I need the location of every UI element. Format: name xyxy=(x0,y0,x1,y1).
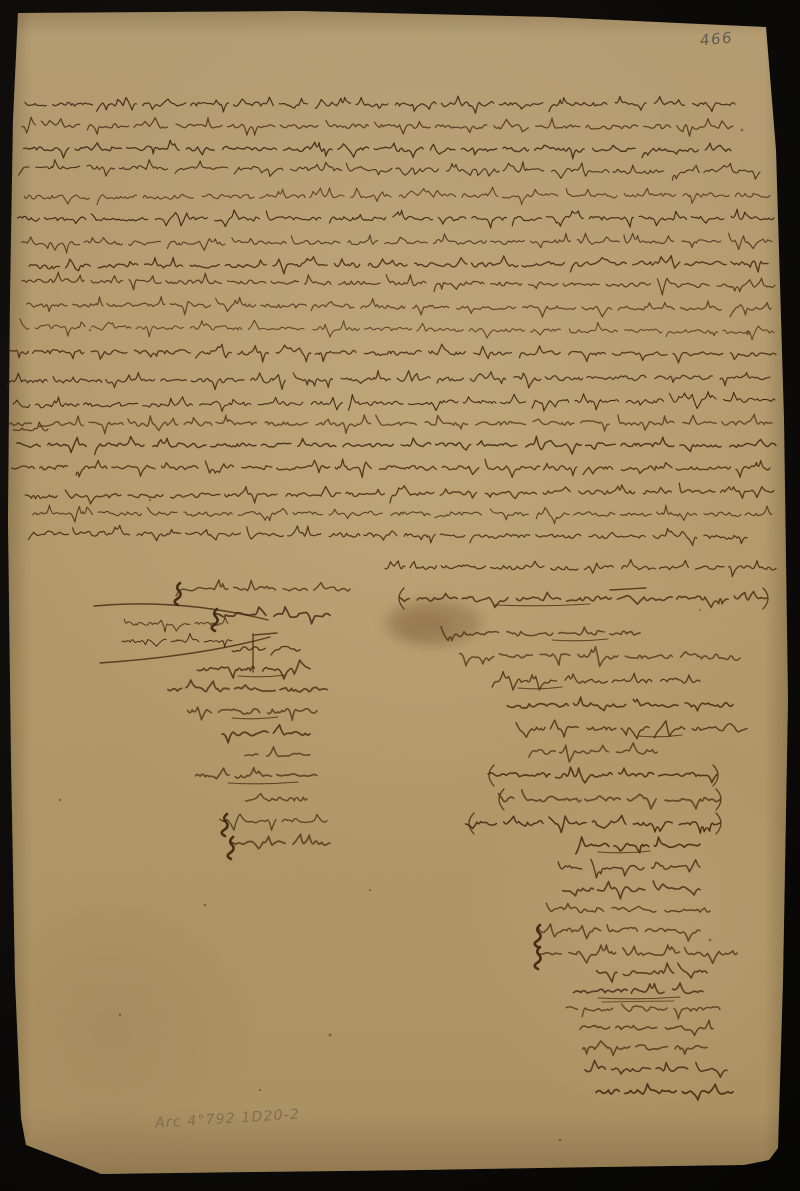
page-number-annotation: 466 xyxy=(700,28,734,49)
handwriting-ink-layer xyxy=(0,0,800,1191)
ink-stain xyxy=(385,600,481,646)
photo-backdrop: 466 Arc 4°792 1D20-2 xyxy=(0,0,800,1191)
